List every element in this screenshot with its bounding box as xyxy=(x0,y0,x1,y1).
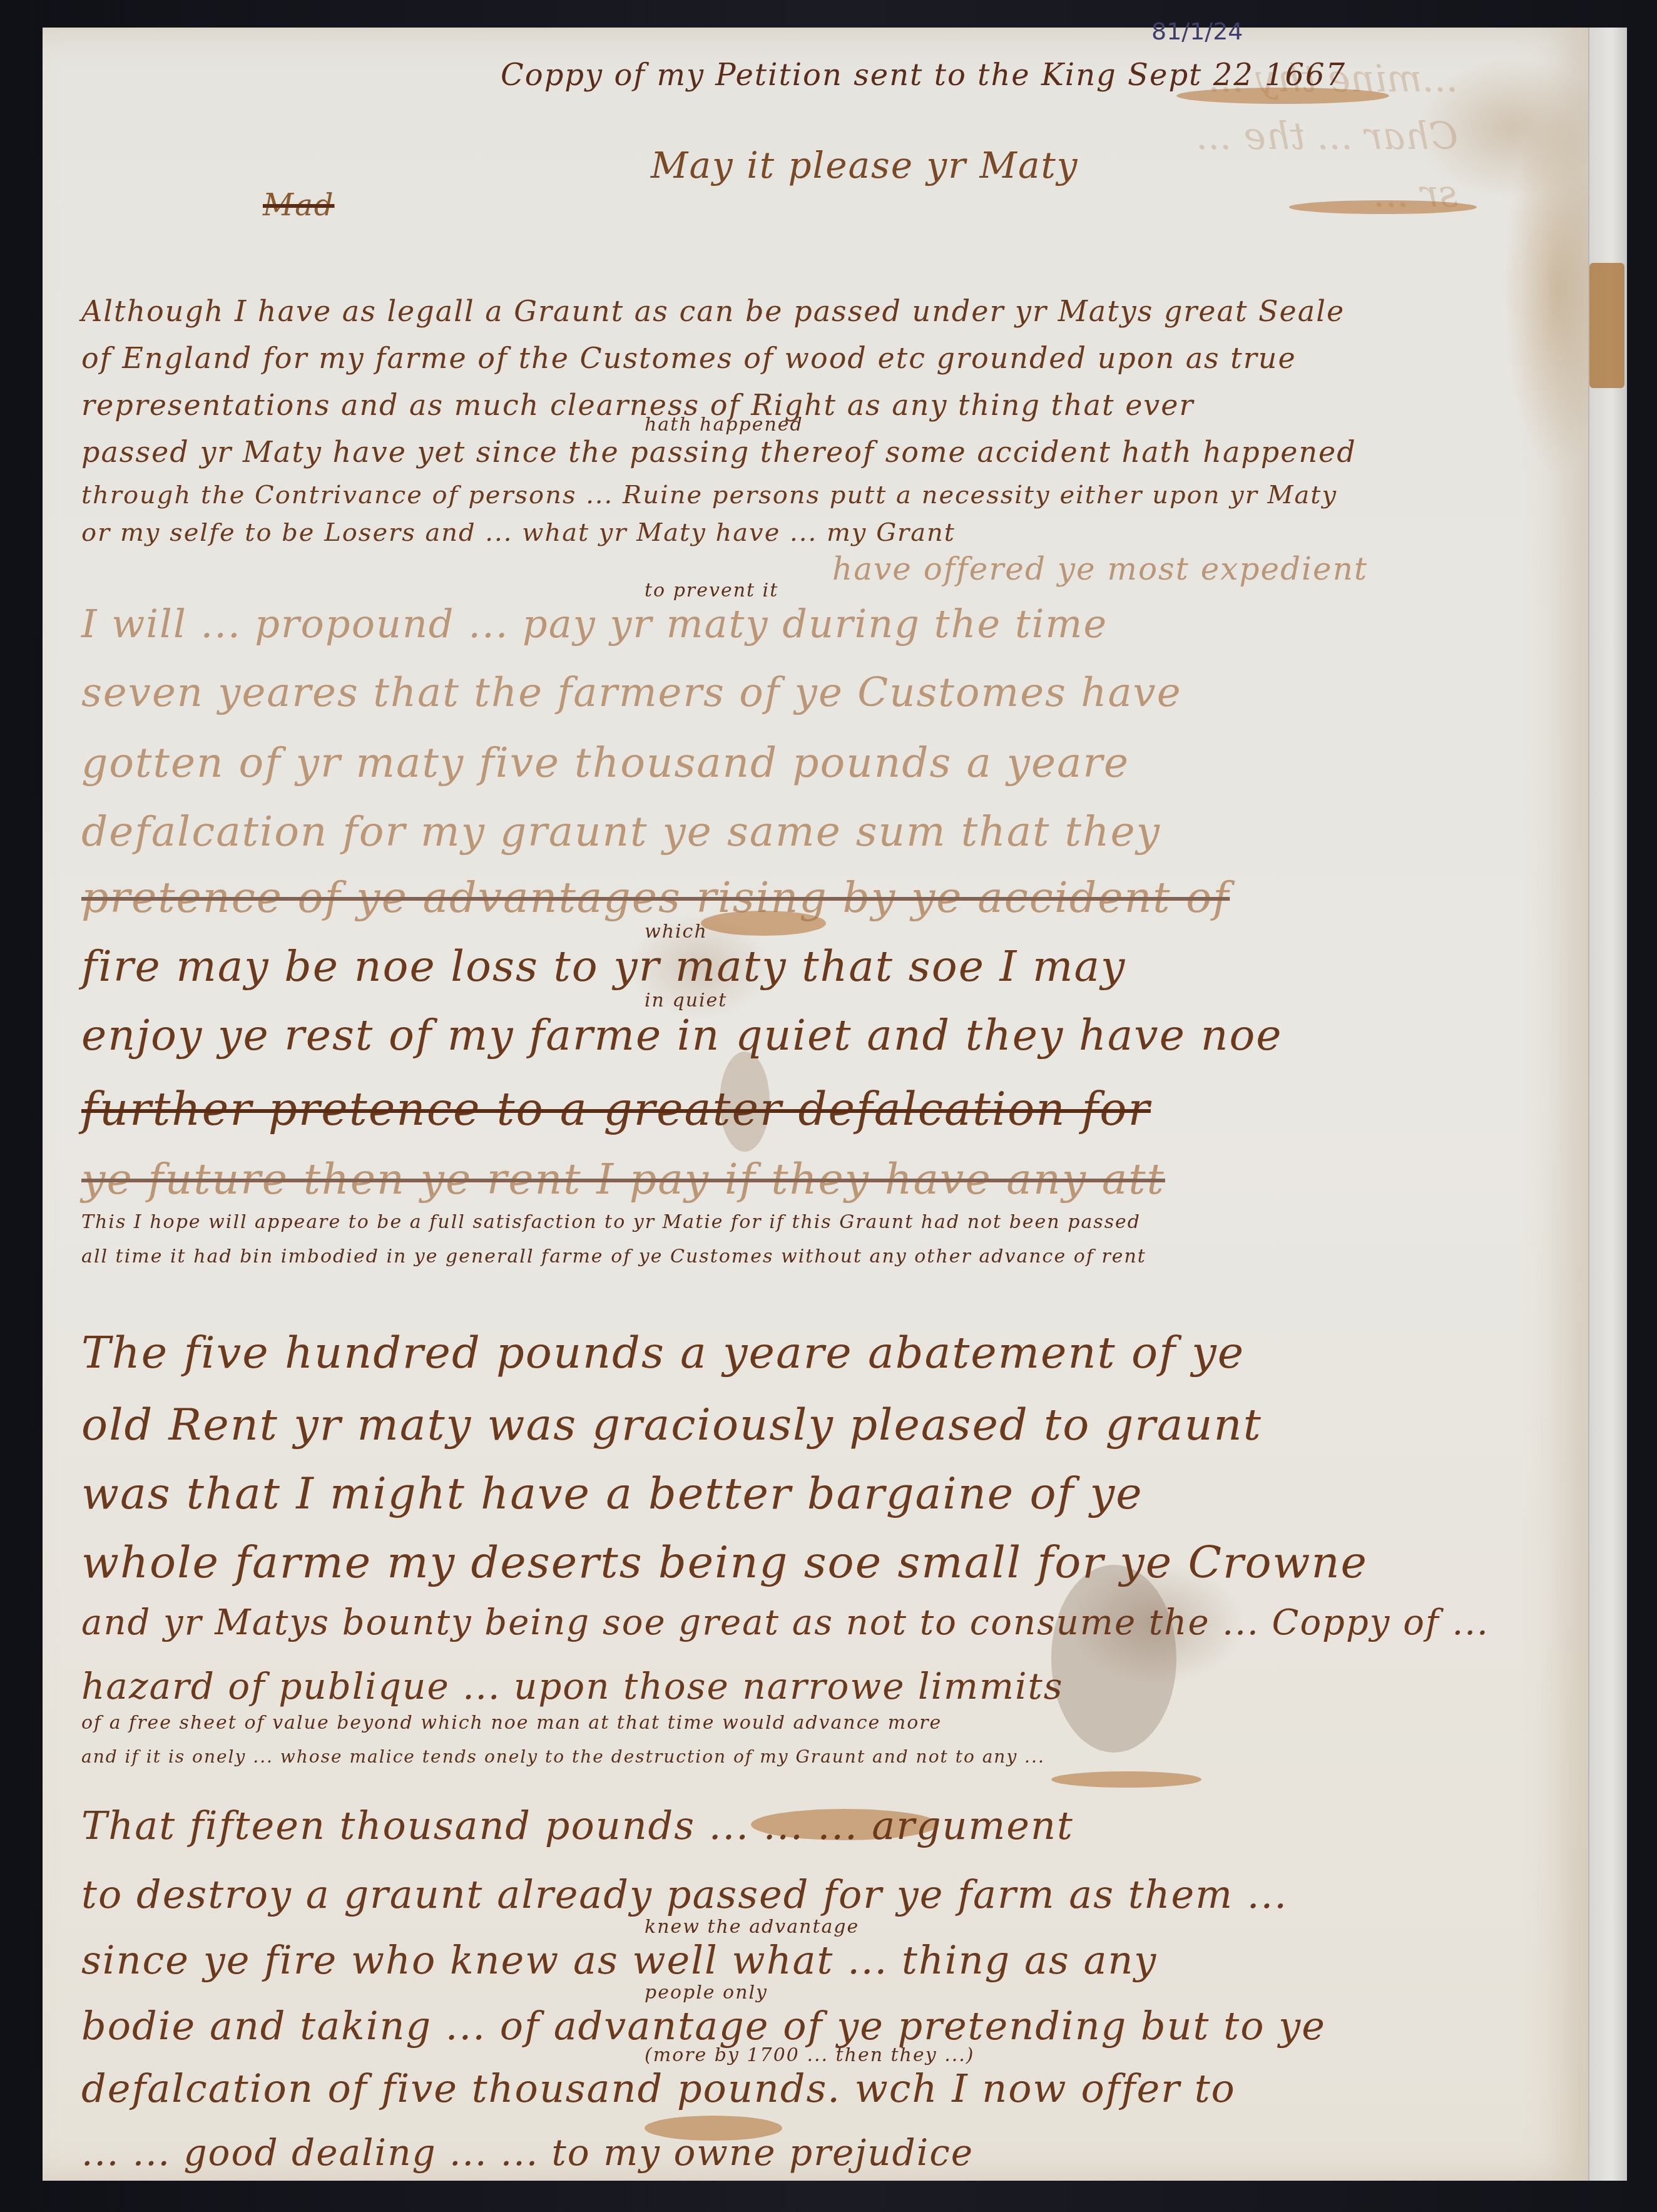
interlinear-insertion: (more by 1700 ... then they ...) xyxy=(645,2044,974,2066)
manuscript-line: and yr Matys bounty being soe great as n… xyxy=(81,1602,1489,1643)
ink-stain xyxy=(1176,88,1389,104)
manuscript-line: or my selfe to be Losers and ... what yr… xyxy=(81,518,956,547)
salutation: May it please yr Maty xyxy=(651,144,1079,187)
interlinear-insertion: to prevent it xyxy=(645,580,778,602)
manuscript-line: hazard of publique ... upon those narrow… xyxy=(81,1665,1064,1708)
interlinear-note: all time it had bin imbodied in ye gener… xyxy=(81,1246,1146,1267)
manuscript-line: defalcation of five thousand pounds. wch… xyxy=(81,2066,1236,2111)
ink-stain xyxy=(1289,200,1477,214)
manuscript-line: passed yr Maty have yet since the passin… xyxy=(81,435,1357,469)
manuscript-line: representations and as much clearness of… xyxy=(81,388,1195,422)
manuscript-line: have offered ye most expedient xyxy=(832,551,1368,587)
manuscript-line: That fifteen thousand pounds ... ... ...… xyxy=(81,1803,1074,1848)
stain-mark xyxy=(1589,263,1624,388)
manuscript-line: I will ... propound ... pay yr maty duri… xyxy=(81,601,1108,647)
ink-stain xyxy=(1051,1771,1201,1788)
archive-reference-number: 81/1/24 xyxy=(1151,18,1243,45)
manuscript-line: ye future then ye rent I pay if they hav… xyxy=(81,1155,1165,1204)
struck-salutation: Mad xyxy=(263,188,335,223)
manuscript-line: The five hundred pounds a yeare abatemen… xyxy=(81,1327,1245,1378)
manuscript-line: defalcation for my graunt ye same sum th… xyxy=(81,807,1161,856)
interlinear-insertion: hath happened xyxy=(645,414,803,436)
manuscript-line: seven yeares that the farmers of ye Cust… xyxy=(81,670,1182,716)
manuscript-line: fire may be noe loss to yr maty that soe… xyxy=(81,942,1126,991)
manuscript-line: of England for my farme of the Customes … xyxy=(81,341,1297,375)
manuscript-line: gotten of yr maty five thousand pounds a… xyxy=(81,739,1129,787)
manuscript-line: old Rent yr maty was graciously pleased … xyxy=(81,1399,1262,1450)
manuscript-line: to destroy a graunt already passed for y… xyxy=(81,1871,1288,1917)
interlinear-insertion: people only xyxy=(645,1982,768,2004)
interlinear-insertion: in quiet xyxy=(645,990,727,1011)
manuscript-line: further pretence to a greater defalcatio… xyxy=(81,1083,1151,1135)
interlinear-note: and if it is onely ... whose malice tend… xyxy=(81,1746,1045,1767)
manuscript-line: pretence of ye advantages rising by ye a… xyxy=(81,873,1230,923)
manuscript-line: through the Contrivance of persons ... R… xyxy=(81,481,1337,509)
interlinear-insertion: which xyxy=(645,921,708,943)
manuscript-line: whole farme my deserts being soe small f… xyxy=(81,1537,1368,1588)
interlinear-note: This I hope will appeare to be a full sa… xyxy=(81,1211,1141,1233)
manuscript-line: enjoy ye rest of my farme in quiet and t… xyxy=(81,1011,1283,1060)
manuscript-line: bodie and taking ... of advantage of ye … xyxy=(81,2003,1326,2049)
manuscript-line: since ye fire who knew as well what ... … xyxy=(81,1937,1157,1983)
page-title: Coppy of my Petition sent to the King Se… xyxy=(501,58,1346,93)
manuscript-line: Although I have as legall a Graunt as ca… xyxy=(81,294,1345,328)
ink-stain xyxy=(1051,1565,1176,1753)
interlinear-note: of a free sheet of value beyond which no… xyxy=(81,1712,942,1734)
interlinear-insertion: knew the advantage xyxy=(645,1916,859,1938)
manuscript-line: ... ... good dealing ... ... to my owne … xyxy=(81,2131,974,2174)
manuscript-line: was that I might have a better bargaine … xyxy=(81,1468,1143,1519)
